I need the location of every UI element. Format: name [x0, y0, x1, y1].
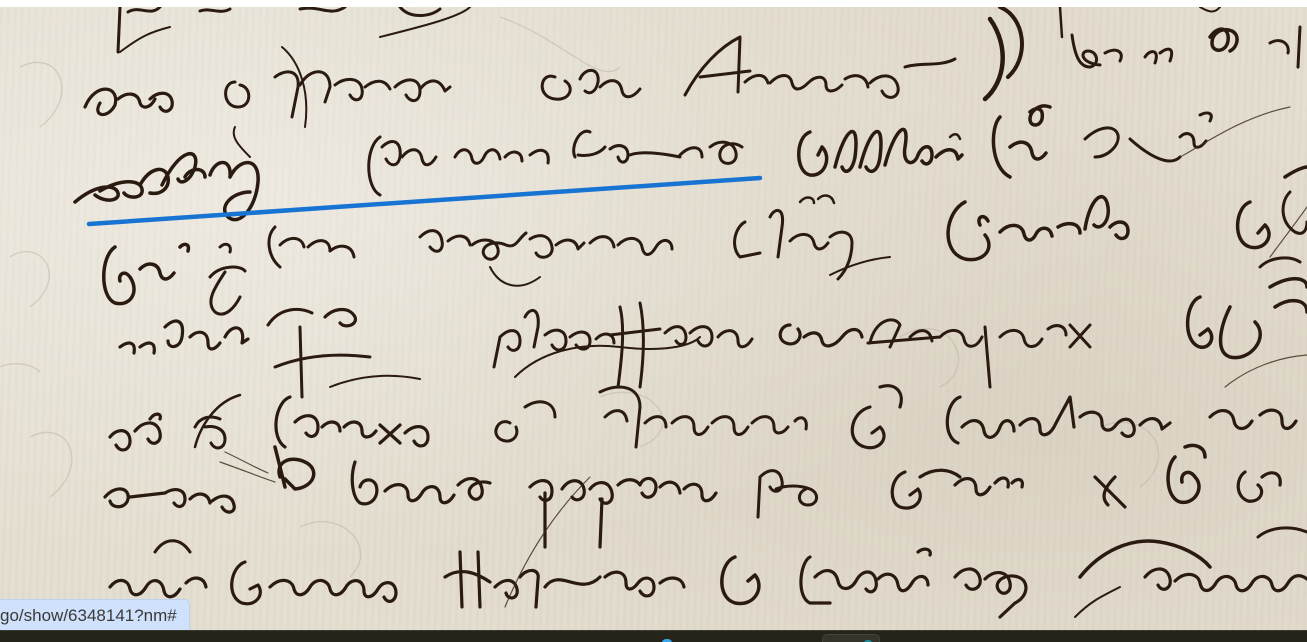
status-bar-url-text: go/show/6348141?nm# [0, 606, 177, 625]
manuscript-image-viewer[interactable]: fuge o p[er]fumaro Cu[m] Afem[ir]ao lec … [0, 7, 1307, 630]
manuscript-line-3 [104, 167, 1307, 314]
manuscript-line-6 [105, 445, 1280, 547]
taskbar [0, 630, 1307, 642]
status-bar-url-tooltip: go/show/6348141?nm# [0, 599, 190, 631]
top-browser-edge [0, 0, 1307, 7]
manuscript-line-4 [120, 279, 1307, 397]
handwritten-manuscript [0, 7, 1307, 630]
manuscript-line-1 [85, 19, 1300, 127]
manuscript-line-5 [110, 355, 1307, 450]
manuscript-line-0 [118, 7, 1220, 77]
manuscript-line-7 [110, 477, 1307, 617]
